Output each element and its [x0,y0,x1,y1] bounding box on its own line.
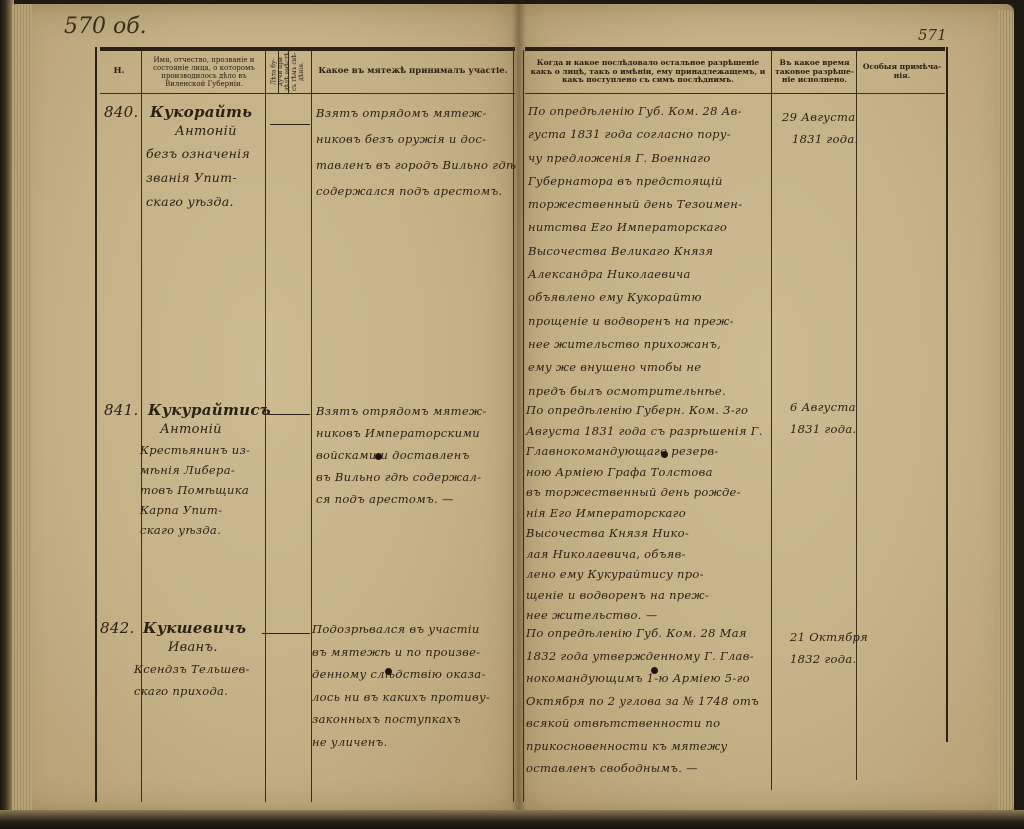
col-rule-right-outer [946,47,948,742]
row-840-resolution: По опредѣленію Губ. Ком. 28 Ав- густа 18… [528,100,742,403]
row-840-first-name: Антоній [175,120,237,144]
header-notes: Особыя примѣча- нія. [858,51,946,93]
header-rule-right [525,93,945,94]
header-number: Н. [97,52,141,92]
page-stack-right [998,10,1014,810]
col-rule-right-inner [523,50,524,802]
row-842-resolution: По опредѣленію Губ. Ком. 28 Мая 1832 год… [526,622,759,780]
header-rule-left [100,93,515,94]
row-842-participation: Подозрѣвался въ участіи въ мятежѣ и по п… [312,618,490,753]
row-840-age-dash [270,124,310,125]
row-841-resolution: По опредѣленію Губерн. Ком. 3-го Августа… [526,400,763,626]
paper-hole [375,453,382,460]
row-841-participation: Взятъ отрядомъ мятеж- никовъ Императорск… [316,400,487,510]
row-842-executed: 21 Октября 1832 года. [790,626,868,670]
col-rule-person [265,50,266,802]
row-841-number: 841. [104,398,139,422]
row-840-executed: 29 Августа 1831 года. [782,106,858,150]
row-841-executed: 6 Августа 1831 года. [790,396,856,440]
paper-hole [661,451,668,458]
row-840-person-details: безъ означенія званія Упит- скаго уѣзда. [146,142,250,214]
header-resolution: Когда и какое послѣдовало остальное разр… [525,51,771,93]
col-rule-resolution [771,50,772,790]
header-person: Имя, отчество, прозваніе и состояніе лиц… [143,51,265,93]
row-841-person-details: Крестьянинъ из- мѣнія Либера- товъ Помѣщ… [140,440,250,540]
header-participation: Какое въ мятежѣ принималъ участіе. [313,52,513,92]
row-841-first-name: Антоній [160,418,222,442]
paper-hole [385,668,392,675]
row-840-participation: Взятъ отрядомъ мятеж- никовъ безъ оружія… [316,100,516,204]
book-bottom-edge [0,810,1024,829]
col-rule-left-outer [95,47,97,802]
row-841-age-dash [268,414,310,415]
header-age: Лѣта бу- дучи при дѣлѣ вмѣстѣ съ тѣмъ св… [266,51,311,93]
paper-hole [651,667,658,674]
page-number-right: 571 [918,26,947,44]
row-840-number: 840. [104,100,139,124]
row-842-age-dash [262,633,310,634]
row-842-person-details: Ксендзъ Тельшев- скаго прихода. [134,658,250,702]
row-842-first-name: Иванъ. [168,636,218,660]
header-executed: Въ какое время таковое разрѣше- ніе испо… [773,51,856,93]
row-842-number: 842. [100,616,135,640]
page-stack-left [12,4,32,814]
document-scan: 570 об. 571 Н. Имя, отчество, прозваніе … [0,0,1024,829]
page-number-left: 570 об. [64,14,147,39]
